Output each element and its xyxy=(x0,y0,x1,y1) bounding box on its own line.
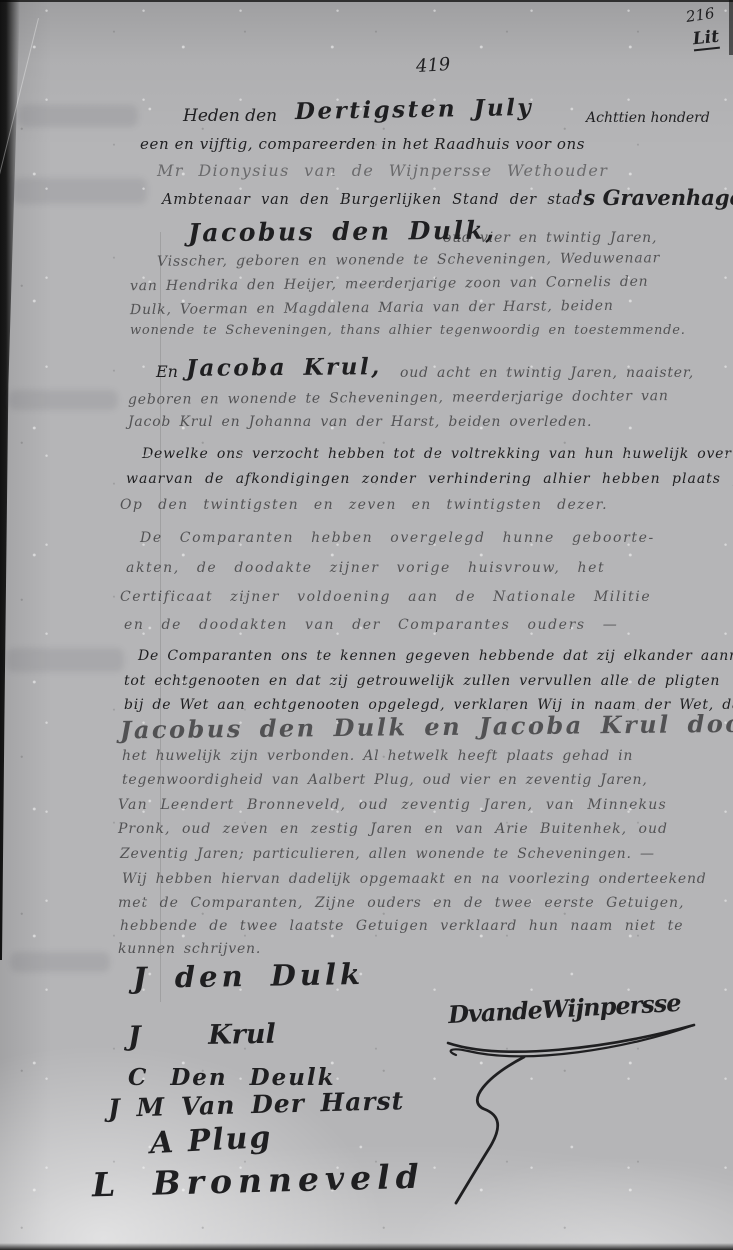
signature-groom: J den Dulk xyxy=(133,960,365,993)
declaration-line: Van Leendert Bronneveld, oud zeventig Ja… xyxy=(118,798,667,812)
signature-witness-bronneveld: L Bronneveld xyxy=(92,1160,425,1202)
groom-age: oud vier en twintig Jaren, xyxy=(443,231,657,245)
binding-edge-shadow xyxy=(0,0,20,960)
closing-line: met de Comparanten, Zijne ouders en de t… xyxy=(118,896,684,910)
signature-witness-plug: A Plug xyxy=(149,1123,273,1159)
opening-date-script: Dertigsten July xyxy=(295,96,534,123)
closing-line: Wij hebben hiervan dadelijk opgemaakt en… xyxy=(122,872,707,886)
groom-line: wonende te Scheveningen, thans alhier te… xyxy=(130,324,686,337)
opening-city: 's Gravenhage: xyxy=(577,187,733,208)
documents-line: akten, de doodakte zijner vorige huisvro… xyxy=(126,561,605,575)
documents-line: Certificaat zijner voldoening aan de Nat… xyxy=(120,590,651,604)
bleed-through-smudge xyxy=(6,648,124,672)
bleed-through-smudge xyxy=(10,952,110,972)
opening-year-line: een en vijftig, compareerden in het Raad… xyxy=(140,137,585,152)
scan-edge-bottom xyxy=(0,1243,733,1250)
signature-bride: J Krul xyxy=(128,1021,276,1051)
signature-groom-father: C Den Deulk xyxy=(128,1066,336,1089)
bleed-through-smudge xyxy=(12,178,147,204)
scanned-document-page: 216 Lit 419 Heden den Dertigsten July Ac… xyxy=(0,0,733,1250)
request-line: Op den twintigsten en zeven en twintigst… xyxy=(120,498,608,512)
opening-official-line: Mr Dionysius van de Wijnpersse Wethouder xyxy=(157,163,608,179)
request-line: waarvan de afkondigingen zonder verhinde… xyxy=(126,472,733,486)
request-line: Dewelke ons verzocht hebben tot de voltr… xyxy=(142,447,733,461)
closing-line: hebbende de twee laatste Getuigen verkla… xyxy=(120,919,684,933)
declaration-line: tegenwoordigheid van Aalbert Plug, oud v… xyxy=(122,773,648,787)
corner-number: 216 xyxy=(685,6,715,25)
declaration-line: De Comparanten ons te kennen gegeven heb… xyxy=(138,649,733,663)
declaration-line: Zeventig Jaren; particulieren, allen won… xyxy=(120,847,655,861)
documents-line: De Comparanten hebben overgelegd hunne g… xyxy=(140,531,655,545)
scan-edge-top xyxy=(0,0,733,2)
bride-age: oud acht en twintig Jaren, naaister, xyxy=(400,366,694,380)
bride-name: Jacoba Krul, xyxy=(186,355,382,380)
declaration-line: het huwelijk zijn verbonden. Al hetwelk … xyxy=(122,749,633,763)
declaration-line: tot echtgenooten en dat zij getrouwelijk… xyxy=(124,674,720,688)
closing-line: kunnen schrijven. xyxy=(118,942,261,956)
opening-ambtenaar-line: Ambtenaar van den Burgerlijken Stand der… xyxy=(162,193,582,208)
official-signature-flourish xyxy=(432,1005,722,1205)
documents-line: en de doodakten van der Comparantes oude… xyxy=(124,618,618,632)
opening-year-right: Achttien honderd xyxy=(586,111,710,125)
declaration-line: Pronk, oud zeven en zestig Jaren en van … xyxy=(118,822,668,836)
signature-groom-mother: J M Van Der Harst xyxy=(108,1088,405,1121)
opening-heden-den: Heden den xyxy=(183,108,277,125)
groom-line: Dulk, Voerman en Magdalena Maria van der… xyxy=(130,299,614,317)
declaration-names-line: Jacobus den Dulk en Jacoba Krul door xyxy=(120,712,733,743)
bleed-through-smudge xyxy=(8,390,118,410)
bride-line: geboren en wonende te Scheveningen, meer… xyxy=(128,389,669,407)
groom-line: Visscher, geboren en wonende te Scheveni… xyxy=(157,251,660,269)
groom-line: van Hendrika den Heijer, meerderjarige z… xyxy=(130,275,649,294)
bride-prefix: En xyxy=(156,364,178,380)
act-number: 419 xyxy=(415,56,451,76)
bride-line: Jacob Krul en Johanna van der Harst, bei… xyxy=(128,415,592,429)
scan-edge-right xyxy=(729,0,733,55)
corner-mark: Lit xyxy=(692,29,720,52)
bleed-through-smudge xyxy=(18,105,138,127)
